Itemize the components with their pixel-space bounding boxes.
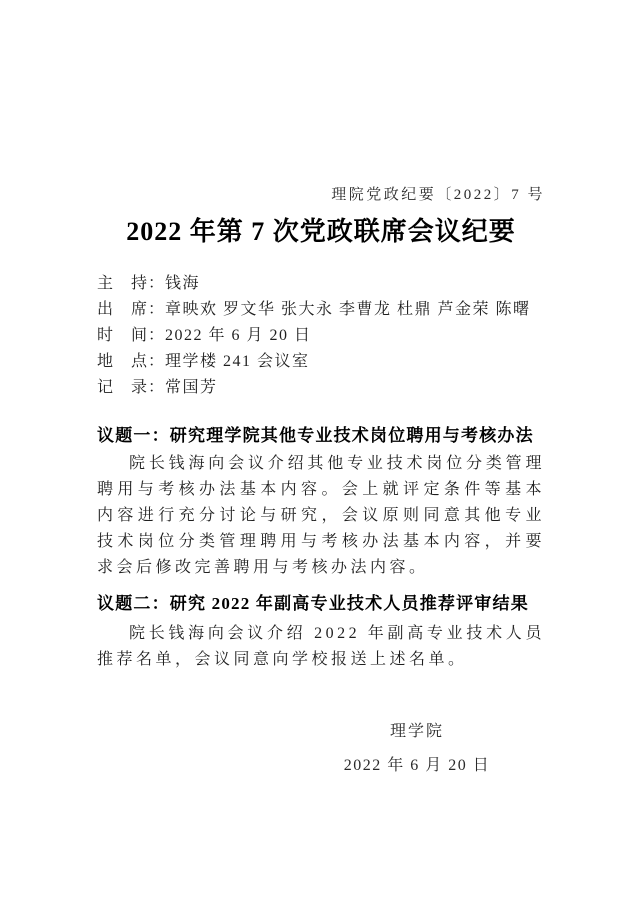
meta-row-location: 地 点：理学楼 241 会议室 xyxy=(97,349,545,375)
signature-date: 2022 年 6 月 20 日 xyxy=(297,755,537,777)
meta-row-time: 时 间：2022 年 6 月 20 日 xyxy=(97,323,545,349)
meta-label-time: 时 间： xyxy=(97,327,165,344)
signature-block: 理学院 2022 年 6 月 20 日 xyxy=(297,721,537,777)
document-page: 理院党政纪要〔2022〕7 号 2022 年第 7 次党政联席会议纪要 主 持：… xyxy=(0,0,639,904)
topic-2-heading: 议题二：研究 2022 年副高专业技术人员推荐评审结果 xyxy=(97,593,545,615)
topic-1-body: 院长钱海向会议介绍其他专业技术岗位分类管理聘用与考核办法基本内容。会上就评定条件… xyxy=(97,451,545,581)
meta-label-recorder: 记 录： xyxy=(97,379,165,396)
topic-2: 议题二：研究 2022 年副高专业技术人员推荐评审结果 院长钱海向会议介绍 20… xyxy=(97,593,545,673)
meta-row-host: 主 持：钱海 xyxy=(97,271,545,297)
topic-2-body: 院长钱海向会议介绍 2022 年副高专业技术人员推荐名单，会议同意向学校报送上述… xyxy=(97,621,545,673)
topic-1: 议题一：研究理学院其他专业技术岗位聘用与考核办法 院长钱海向会议介绍其他专业技术… xyxy=(97,425,545,581)
signature-org: 理学院 xyxy=(297,721,537,743)
meta-value-location: 理学楼 241 会议室 xyxy=(165,353,310,370)
meta-value-time: 2022 年 6 月 20 日 xyxy=(165,327,312,344)
meta-value-attendees: 章映欢 罗文华 张大永 李曹龙 杜鼎 芦金荣 陈曙 xyxy=(165,301,531,318)
meta-label-host: 主 持： xyxy=(97,275,165,292)
document-number: 理院党政纪要〔2022〕7 号 xyxy=(97,185,545,205)
meta-label-location: 地 点： xyxy=(97,353,165,370)
meta-row-recorder: 记 录：常国芳 xyxy=(97,375,545,401)
meta-label-attendees: 出 席： xyxy=(97,301,165,318)
topic-1-heading: 议题一：研究理学院其他专业技术岗位聘用与考核办法 xyxy=(97,425,545,447)
meta-value-recorder: 常国芳 xyxy=(165,379,218,396)
meta-value-host: 钱海 xyxy=(165,275,200,292)
meta-block: 主 持：钱海 出 席：章映欢 罗文华 张大永 李曹龙 杜鼎 芦金荣 陈曙 时 间… xyxy=(97,271,545,401)
meta-row-attendees: 出 席：章映欢 罗文华 张大永 李曹龙 杜鼎 芦金荣 陈曙 xyxy=(97,297,545,323)
page-title: 2022 年第 7 次党政联席会议纪要 xyxy=(97,217,545,247)
